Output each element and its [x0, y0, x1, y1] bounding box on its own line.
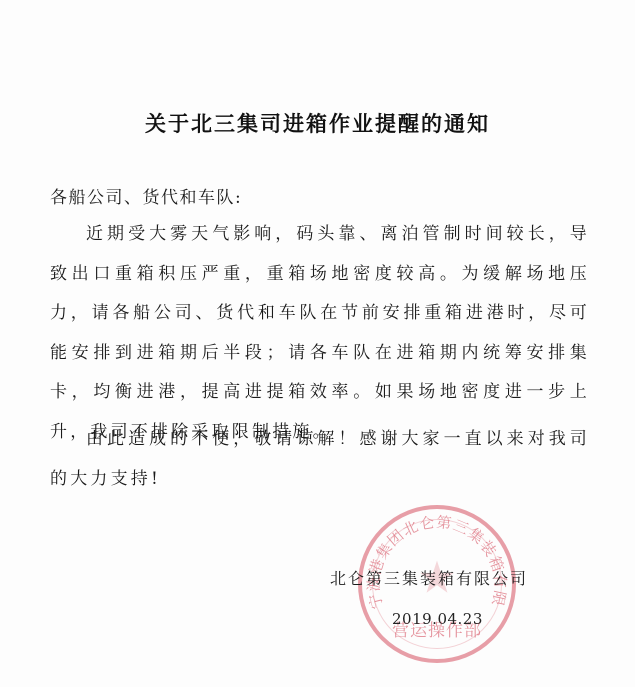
signature-date: 2019.04.23 [392, 610, 483, 628]
notice-title: 关于北三集司进箱作业提醒的通知 [0, 108, 635, 138]
body-paragraph-2: 由此造成的不便，敬请谅解！感谢大家一直以来对我司的大力支持! [50, 420, 590, 499]
document-page: 关于北三集司进箱作业提醒的通知 各船公司、货代和车队: 近期受大雾天气影响，码头… [0, 0, 635, 687]
signature-company: 北仑第三集装箱有限公司 [330, 566, 570, 589]
body-paragraph-1: 近期受大雾天气影响，码头靠、离泊管制时间较长，导致出口重箱积压严重，重箱场地密度… [50, 215, 590, 452]
salutation: 各船公司、货代和车队: [50, 183, 242, 208]
svg-text:宁波港集团北仑第三集装箱有限公司: 宁波港集团北仑第三集装箱有限公司 [362, 509, 509, 611]
signature-block: 北仑第三集装箱有限公司 2019.04.23 [330, 566, 570, 589]
